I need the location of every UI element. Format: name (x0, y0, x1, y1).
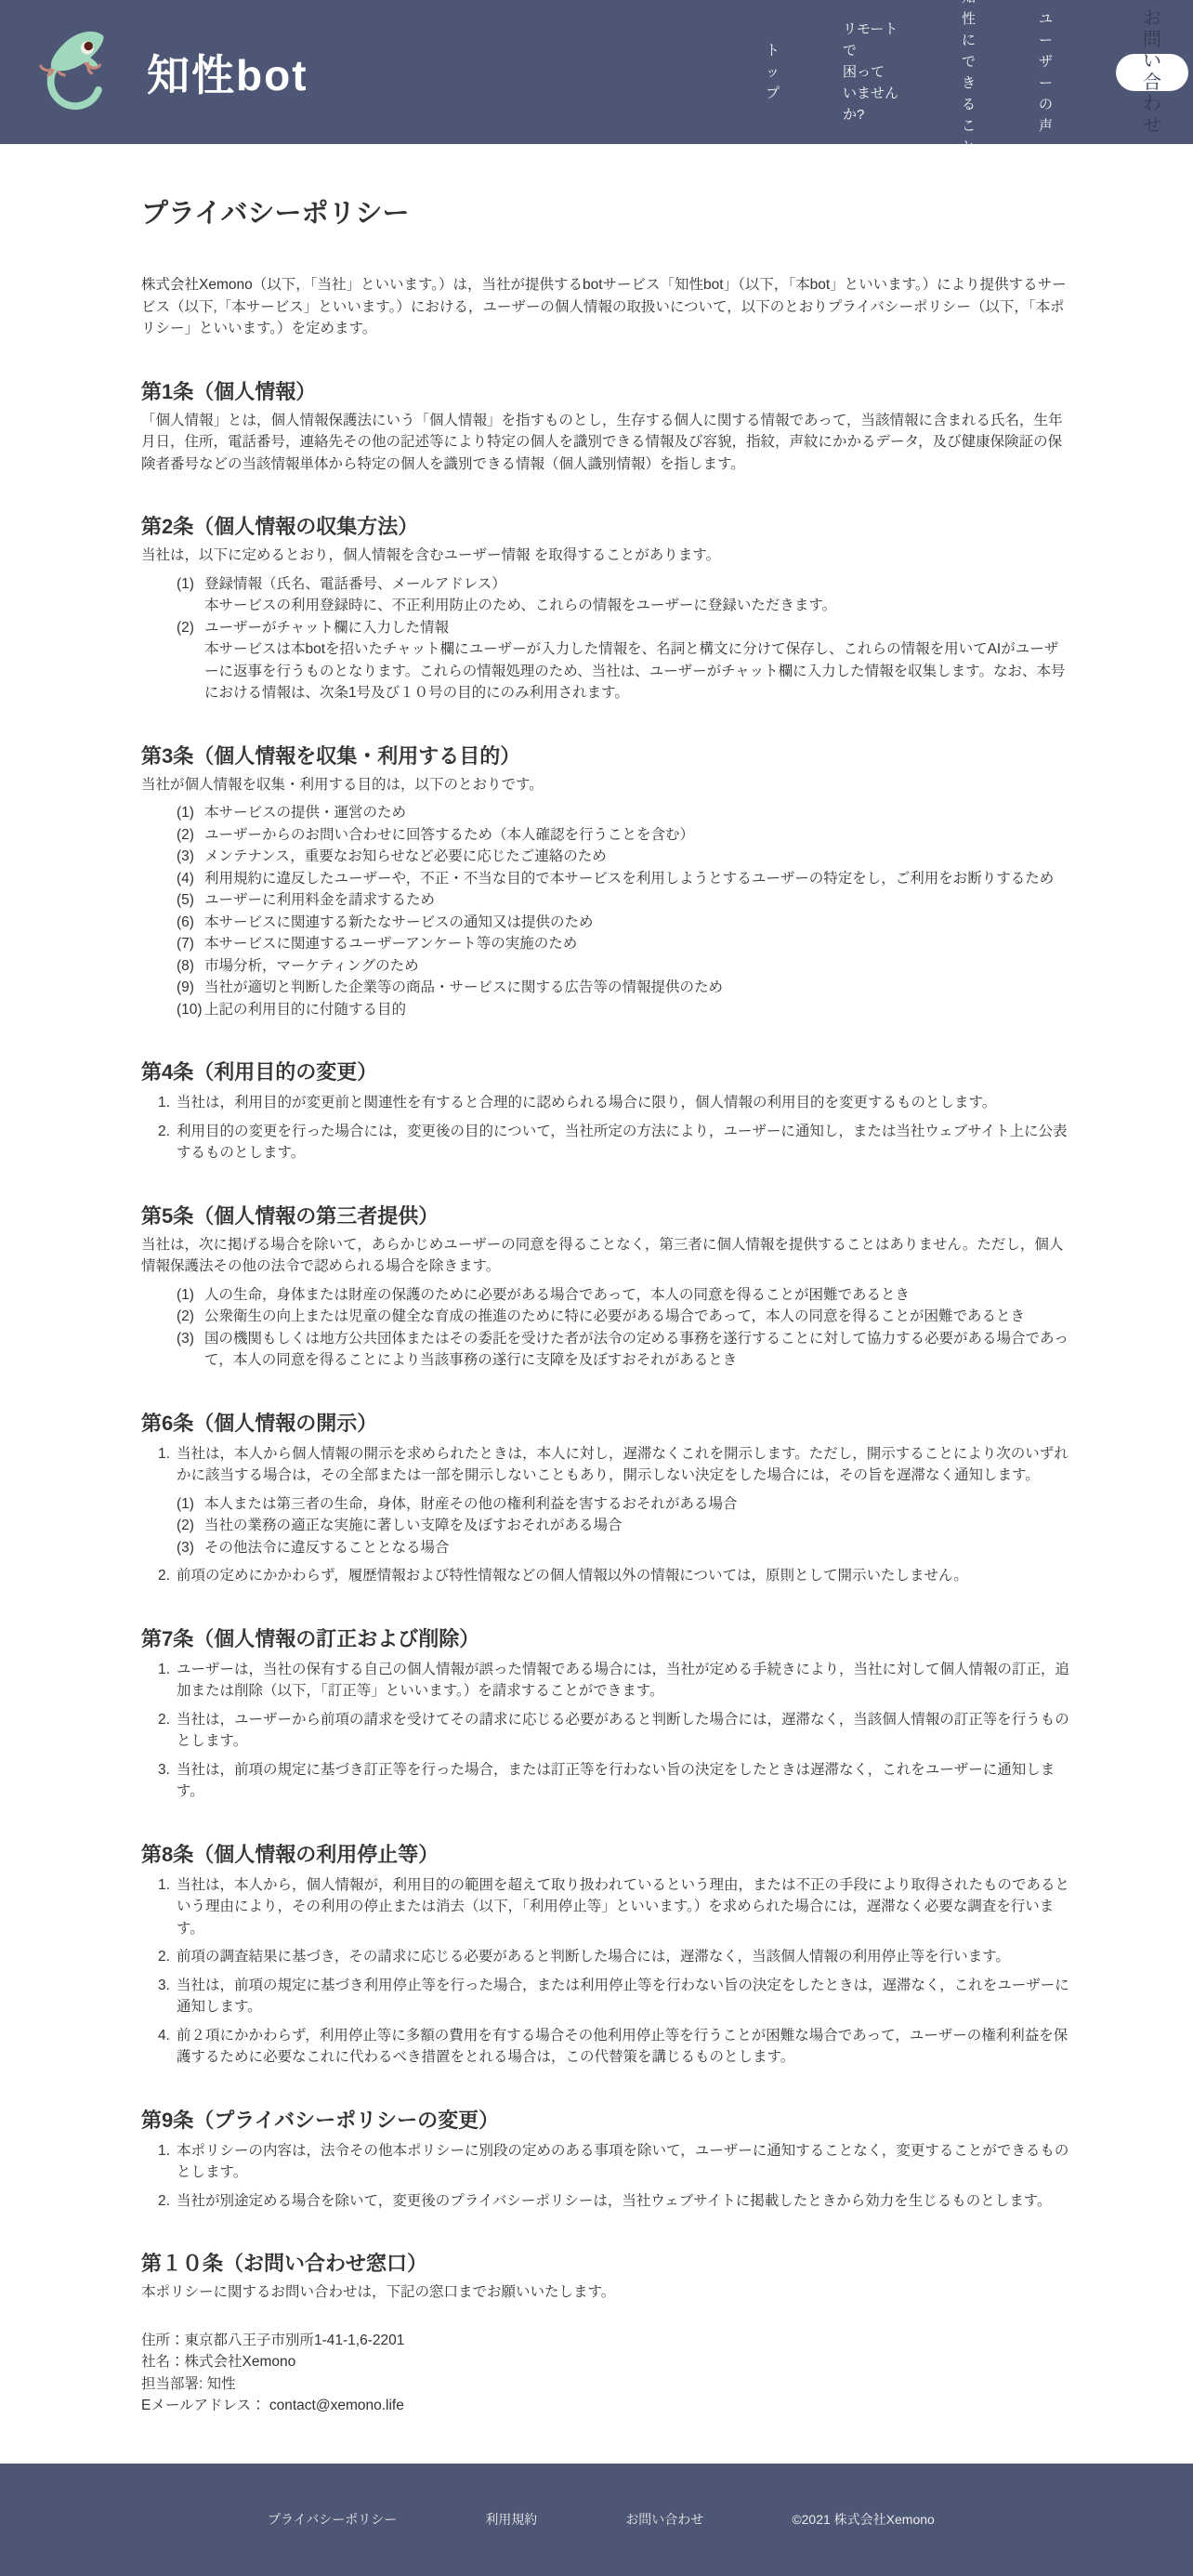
nav-label-line: わ (1143, 94, 1161, 115)
contact-info-block: 住所：東京都八王子市別所1-41-1,6-2201社名：株式会社Xemono担当… (141, 2330, 1070, 2417)
nav-item-contact[interactable]: お問い合わせ (1116, 54, 1188, 91)
list-item-marker: (5) (177, 889, 194, 912)
list-item: 2.利用目的の変更を行った場合には，変更後の目的について，当社所定の方法により，… (141, 1121, 1070, 1164)
gecko-eye (85, 42, 93, 50)
policy-section: 第6条（個人情報の開示）1.当社は，本人から個人情報の開示を求められたときは，本… (141, 1408, 1070, 1587)
list-item-text: 当社は，本人から，個人情報が，利用目的の範囲を超えて取り扱われているという理由，… (177, 1877, 1069, 1937)
contact-info-line: 社名：株式会社Xemono (141, 2351, 1070, 2373)
list-item-text: 本サービスの提供・運営のため (204, 802, 1070, 824)
nav-label-line: リモート (843, 19, 898, 40)
nav-label-line: ー (1039, 72, 1053, 94)
list-item-marker: 4. (158, 2025, 170, 2047)
list-item-marker: 1. (158, 2140, 170, 2162)
list-item-text: 公衆衛生の向上または児童の健全な育成の推進のために特に必要がある場合であって，本… (204, 1306, 1070, 1328)
section-heading: 第4条（利用目的の変更） (141, 1057, 1070, 1085)
list-item: (10)上記の利用目的に付随する目的 (141, 999, 1070, 1021)
list-item: (3)メンテナンス，重要なお知らせなど必要に応じたご連絡のため (141, 846, 1070, 868)
nav-label-line: プ (766, 83, 780, 104)
list-item: (2)ユーザーがチャット欄に入力した情報本サービスは本botを招いたチャット欄に… (141, 617, 1070, 704)
nav-label-line: お (1143, 8, 1161, 30)
nav-label-line: 問 (1143, 30, 1161, 51)
nav-item-label: リモートで困っていませんか? (843, 19, 898, 125)
nav-label-line: 性 (962, 8, 976, 30)
contact-info-line: Eメールアドレス： contact@xemono.life (141, 2395, 1070, 2417)
list-item-text: 上記の利用目的に付随する目的 (204, 999, 1070, 1021)
list-item: 2.前項の調査結果に基づき，その請求に応じる必要があると判断した場合には，遅滞な… (141, 1946, 1070, 1968)
list-item-text: 当社は，利用目的が変更前と関連性を有すると合理的に認められる場合に限り，個人情報… (177, 1095, 996, 1111)
list-item: (1)人の生命，身体または財産の保護のために必要がある場合であって，本人の同意を… (141, 1284, 1070, 1307)
list-item-marker: 1. (158, 1443, 170, 1465)
list-item-text: 利用規約に違反したユーザーや，不正・不当な目的で本サービスを利用しようとするユー… (204, 868, 1070, 890)
gecko-logo-image (32, 20, 123, 119)
list-item-marker: 1. (158, 1874, 170, 1897)
copyright: ©2021 株式会社Xemono (792, 2510, 935, 2529)
list-item-text: ユーザーからのお問い合わせに回答するため（本人確認を行うことを含む） (204, 824, 1070, 847)
policy-sections: 第1条（個人情報）「個人情報」とは，個人情報保護法にいう「個人情報」を指すものと… (141, 376, 1070, 2417)
paren-numbered-list: (1)人の生命，身体または財産の保護のために必要がある場合であって，本人の同意を… (141, 1284, 1070, 1372)
nav-label-line: か? (843, 104, 898, 125)
section-paragraph: 当社は，次に掲げる場合を除いて，あらかじめユーザーの同意を得ることなく，第三者に… (141, 1234, 1070, 1278)
list-item-text: 本サービスは本botを招いたチャット欄にユーザーが入力した情報を、名詞と構文に分… (204, 638, 1070, 704)
list-item-text: ユーザーがチャット欄に入力した情報 (204, 617, 1070, 639)
brand-title: 知性bot (147, 42, 308, 103)
footer-link-terms[interactable]: 利用規約 (485, 2510, 537, 2529)
list-item: (6)本サービスに関連する新たなサービスの通知又は提供のため (141, 912, 1070, 934)
list-item: (1)本人または第三者の生命，身体，財産その他の権利利益を害するおそれがある場合 (177, 1493, 1070, 1516)
decimal-numbered-list: 1.当社は，利用目的が変更前と関連性を有すると合理的に認められる場合に限り，個人… (141, 1092, 1070, 1164)
list-item-marker: 2. (158, 1565, 170, 1587)
list-item: 1.当社は，本人から個人情報の開示を求められたときは，本人に対し，遅滞なくこれを… (141, 1443, 1070, 1559)
list-item-text: 利用目的の変更を行った場合には，変更後の目的について，当社所定の方法により，ユー… (177, 1124, 1068, 1162)
paren-numbered-list: (1)本人または第三者の生命，身体，財産その他の権利利益を害するおそれがある場合… (177, 1493, 1070, 1559)
list-item-text: 前２項にかかわらず，利用停止等に多額の費用を有する場合その他利用停止等を行うこと… (177, 2028, 1068, 2066)
list-item-marker: (10) (177, 999, 203, 1021)
list-item-marker: (3) (177, 846, 194, 868)
list-item-text: 本ポリシーの内容は，法令その他本ポリシーに別段の定めのある事項を除いて，ユーザー… (177, 2143, 1068, 2181)
list-item-marker: (7) (177, 933, 194, 955)
nav-label-line: ッ (766, 61, 780, 83)
footer-link-contact[interactable]: お問い合わせ (625, 2510, 703, 2529)
nav-label-line: ザ (1039, 51, 1053, 72)
nav-label-line: い (1143, 51, 1161, 72)
list-item-marker: 2. (158, 1946, 170, 1968)
section-heading: 第9条（プライバシーポリシーの変更） (141, 2105, 1070, 2134)
decimal-numbered-list: 1.本ポリシーの内容は，法令その他本ポリシーに別段の定めのある事項を除いて，ユー… (141, 2140, 1070, 2213)
list-item-marker: (2) (177, 617, 194, 639)
list-item: (2)当社の業務の適正な実施に著しい支障を及ぼすおそれがある場合 (177, 1515, 1070, 1537)
list-item-text: 前項の定めにかかわらず，履歴情報および特性情報などの個人情報以外の情報については… (177, 1568, 968, 1584)
list-item: (3)その他法令に違反することとなる場合 (177, 1537, 1070, 1559)
list-item-marker: (3) (177, 1328, 194, 1350)
paren-numbered-list: (1)本サービスの提供・運営のため(2)ユーザーからのお問い合わせに回答するため… (141, 802, 1070, 1020)
list-item-marker: 3. (158, 1759, 170, 1781)
nav-label-line: と (962, 137, 976, 145)
decimal-numbered-list: 1.当社は，本人から，個人情報が，利用目的の範囲を超えて取り扱われているという理… (141, 1874, 1070, 2069)
list-item-text: 本サービスの利用登録時に、不正利用防止のため、これらの情報をユーザーに登録いただ… (204, 595, 1070, 617)
section-heading: 第1条（個人情報） (141, 376, 1070, 405)
list-item: (5)ユーザーに利用料金を請求するため (141, 889, 1070, 912)
nav-item-what-chisei-can-do[interactable]: 知性にできること (962, 0, 976, 144)
list-item-text: 前項の調査結果に基づき，その請求に応じる必要があると判断した場合には，遅滞なく，… (177, 1949, 1010, 1965)
list-item-marker: (4) (177, 868, 194, 890)
section-heading: 第8条（個人情報の利用停止等） (141, 1839, 1070, 1868)
page-title: プライバシーポリシー (141, 192, 1070, 230)
main-content: プライバシーポリシー 株式会社Xemono（以下，「当社」といいます。）は，当社… (141, 192, 1070, 2417)
nav-item-label: トップ (766, 40, 780, 104)
nav-label-line: ー (1039, 30, 1053, 51)
list-item: (8)市場分析，マーケティングのため (141, 955, 1070, 978)
contact-info-line: 住所：東京都八王子市別所1-41-1,6-2201 (141, 2330, 1070, 2352)
list-item-text: メンテナンス，重要なお知らせなど必要に応じたご連絡のため (204, 846, 1070, 868)
policy-section: 第１０条（お問い合わせ窓口）本ポリシーに関するお問い合わせは，下記の窓口までお願… (141, 2248, 1070, 2417)
nav-item-user-voices[interactable]: ユーザーの声 (1039, 8, 1053, 137)
decimal-numbered-list: 1.ユーザーは，当社の保有する自己の個人情報が誤った情報である場合には，当社が定… (141, 1659, 1070, 1803)
nav-label-line: いません (843, 83, 898, 104)
nav-label-line: 知 (962, 0, 976, 8)
list-item-marker: 2. (158, 1121, 170, 1143)
list-item-marker: (3) (177, 1537, 194, 1559)
policy-section: 第2条（個人情報の収集方法）当社は，以下に定めるとおり，個人情報を含むユーザー情… (141, 511, 1070, 704)
list-item: 3.当社は，前項の規定に基づき訂正等を行った場合，または訂正等を行わない旨の決定… (141, 1759, 1070, 1803)
section-heading: 第3条（個人情報を収集・利用する目的） (141, 741, 1070, 769)
nav-label-line: で (962, 51, 976, 72)
list-item-text: 当社は，ユーザーから前項の請求を受けてその請求に応じる必要があると判断した場合に… (177, 1712, 1069, 1750)
nav-item-label: 知性にできること (962, 0, 976, 144)
list-item-text: 当社が適切と判断した企業等の商品・サービスに関する広告等の情報提供のため (204, 977, 1070, 999)
list-item-text: 国の機関もしくは地方公共団体またはその委託を受けた者が法令の定める事務を遂行する… (204, 1328, 1070, 1372)
list-item: (1)本サービスの提供・運営のため (141, 802, 1070, 824)
list-item-text: ユーザーに利用料金を請求するため (204, 889, 1070, 912)
list-item-text: ユーザーは，当社の保有する自己の個人情報が誤った情報である場合には，当社が定める… (177, 1662, 1069, 1700)
site-header: 知性bot トップリモートで困っていませんか?知性にできることユーザーの声お問い… (0, 0, 1193, 144)
list-item-marker: (2) (177, 1515, 194, 1537)
list-item-text: その他法令に違反することとなる場合 (204, 1537, 1070, 1559)
list-item: (2)公衆衛生の向上または児童の健全な育成の推進のために特に必要がある場合であっ… (141, 1306, 1070, 1328)
nav-label-line: ユ (1039, 8, 1053, 30)
list-item-marker: (1) (177, 573, 194, 596)
list-item: (4)利用規約に違反したユーザーや，不正・不当な目的で本サービスを利用しようとす… (141, 868, 1070, 890)
intro-paragraph: 株式会社Xemono（以下，「当社」といいます。）は，当社が提供するbotサービ… (141, 274, 1070, 340)
list-item-text: 当社は，前項の規定に基づき利用停止等を行った場合，または利用停止等を行わない旨の… (177, 1978, 1069, 2016)
list-item-marker: (6) (177, 912, 194, 934)
list-item: (7)本サービスに関連するユーザーアンケート等の実施のため (141, 933, 1070, 955)
section-paragraph: 「個人情報」とは，個人情報保護法にいう「個人情報」を指すものとし，生存する個人に… (141, 410, 1070, 476)
section-paragraph: 本ポリシーに関するお問い合わせは，下記の窓口までお願いいたします。 (141, 2281, 1070, 2304)
policy-section: 第5条（個人情報の第三者提供）当社は，次に掲げる場合を除いて，あらかじめユーザー… (141, 1201, 1070, 1372)
list-item-text: 当社は，前項の規定に基づき訂正等を行った場合，または訂正等を行わない旨の決定をし… (177, 1762, 1055, 1800)
list-item: 1.本ポリシーの内容は，法令その他本ポリシーに別段の定めのある事項を除いて，ユー… (141, 2140, 1070, 2184)
nav-label-line: に (962, 30, 976, 51)
list-item: 1.当社は，本人から，個人情報が，利用目的の範囲を超えて取り扱われているという理… (141, 1874, 1070, 1940)
list-item: (3)国の機関もしくは地方公共団体またはその委託を受けた者が法令の定める事務を遂… (141, 1328, 1070, 1372)
nav-item-remote[interactable]: リモートで困っていませんか? (843, 19, 898, 125)
list-item: (2)ユーザーからのお問い合わせに回答するため（本人確認を行うことを含む） (141, 824, 1070, 847)
list-item-text: 当社が別途定める場合を除いて，変更後のプライバシーポリシーは，当社ウェブサイトに… (177, 2193, 1051, 2209)
list-item: 3.当社は，前項の規定に基づき利用停止等を行った場合，または利用停止等を行わない… (141, 1975, 1070, 2018)
list-item: 1.ユーザーは，当社の保有する自己の個人情報が誤った情報である場合には，当社が定… (141, 1659, 1070, 1702)
nav-label-line: 困って (843, 61, 898, 83)
list-item-marker: (1) (177, 1284, 194, 1307)
nav-label-line: こ (962, 115, 976, 137)
nav-item-label: お問い合わせ (1143, 8, 1161, 137)
footer-link-privacy-policy[interactable]: プライバシーポリシー (268, 2510, 397, 2529)
list-item-text: 本サービスに関連する新たなサービスの通知又は提供のため (204, 912, 1070, 934)
nav-label-line: る (962, 94, 976, 115)
list-item: 4.前２項にかかわらず，利用停止等に多額の費用を有する場合その他利用停止等を行う… (141, 2025, 1070, 2069)
nav-label-line: の (1039, 94, 1053, 115)
section-heading: 第5条（個人情報の第三者提供） (141, 1201, 1070, 1229)
policy-section: 第1条（個人情報）「個人情報」とは，個人情報保護法にいう「個人情報」を指すものと… (141, 376, 1070, 476)
list-item-marker: 2. (158, 1709, 170, 1731)
nav-item-top[interactable]: トップ (766, 40, 780, 104)
nav-item-label: ユーザーの声 (1039, 8, 1053, 137)
policy-section: 第8条（個人情報の利用停止等）1.当社は，本人から，個人情報が，利用目的の範囲を… (141, 1839, 1070, 2069)
policy-section: 第4条（利用目的の変更）1.当社は，利用目的が変更前と関連性を有すると合理的に認… (141, 1057, 1070, 1164)
list-item-marker: (2) (177, 1306, 194, 1328)
policy-section: 第9条（プライバシーポリシーの変更）1.本ポリシーの内容は，法令その他本ポリシー… (141, 2105, 1070, 2213)
section-paragraph: 当社は，以下に定めるとおり，個人情報を含むユーザー情報 を取得することがあります… (141, 545, 1070, 567)
list-item-text: 当社の業務の適正な実施に著しい支障を及ぼすおそれがある場合 (204, 1515, 1070, 1537)
list-item-marker: (1) (177, 1493, 194, 1516)
section-heading: 第7条（個人情報の訂正および削除） (141, 1623, 1070, 1652)
list-item-text: 本サービスに関連するユーザーアンケート等の実施のため (204, 933, 1070, 955)
policy-section: 第3条（個人情報を収集・利用する目的）当社が個人情報を収集・利用する目的は，以下… (141, 741, 1070, 1021)
list-item-marker: (8) (177, 955, 194, 978)
section-heading: 第2条（個人情報の収集方法） (141, 511, 1070, 540)
list-item-marker: (2) (177, 824, 194, 847)
list-item-text: 登録情報（氏名、電話番号、メールアドレス） (204, 573, 1070, 596)
nav-label-line: ト (766, 40, 780, 61)
list-item-marker: 3. (158, 1975, 170, 1997)
list-item-text: 本人または第三者の生命，身体，財産その他の権利利益を害するおそれがある場合 (204, 1493, 1070, 1516)
section-heading: 第6条（個人情報の開示） (141, 1408, 1070, 1437)
policy-section: 第7条（個人情報の訂正および削除）1.ユーザーは，当社の保有する自己の個人情報が… (141, 1623, 1070, 1803)
nav-label-line: 合 (1143, 72, 1161, 94)
gecko-logo[interactable] (32, 20, 123, 124)
list-item-text: 人の生命，身体または財産の保護のために必要がある場合であって，本人の同意を得るこ… (204, 1284, 1070, 1307)
paren-numbered-list: (1)登録情報（氏名、電話番号、メールアドレス）本サービスの利用登録時に、不正利… (141, 573, 1070, 704)
nav-label-line: 声 (1039, 115, 1053, 137)
list-item: 2.当社が別途定める場合を除いて，変更後のプライバシーポリシーは，当社ウェブサイ… (141, 2190, 1070, 2213)
decimal-numbered-list: 1.当社は，本人から個人情報の開示を求められたときは，本人に対し，遅滞なくこれを… (141, 1443, 1070, 1587)
list-item: 2.前項の定めにかかわらず，履歴情報および特性情報などの個人情報以外の情報につい… (141, 1565, 1070, 1587)
nav-label-line: き (962, 72, 976, 94)
nav-label-line: で (843, 40, 898, 61)
section-heading: 第１０条（お問い合わせ窓口） (141, 2248, 1070, 2277)
list-item-text: 市場分析，マーケティングのため (204, 955, 1070, 978)
nav-label-line: せ (1143, 115, 1161, 137)
main-nav: トップリモートで困っていませんか?知性にできることユーザーの声お問い合わせ (766, 0, 1193, 144)
list-item: 2.当社は，ユーザーから前項の請求を受けてその請求に応じる必要があると判断した場… (141, 1709, 1070, 1753)
list-item-marker: (9) (177, 977, 194, 999)
list-item-marker: (1) (177, 802, 194, 824)
contact-info-line: 担当部署: 知性 (141, 2373, 1070, 2396)
list-item-marker: 1. (158, 1092, 170, 1114)
site-footer: プライバシーポリシー利用規約お問い合わせ©2021 株式会社Xemono (0, 2464, 1193, 2576)
list-item-marker: 1. (158, 1659, 170, 1681)
list-item: 1.当社は，利用目的が変更前と関連性を有すると合理的に認められる場合に限り，個人… (141, 1092, 1070, 1114)
list-item-marker: 2. (158, 2190, 170, 2213)
list-item-text: 当社は，本人から個人情報の開示を求められたときは，本人に対し，遅滞なくこれを開示… (177, 1446, 1068, 1484)
list-item: (9)当社が適切と判断した企業等の商品・サービスに関する広告等の情報提供のため (141, 977, 1070, 999)
list-item: (1)登録情報（氏名、電話番号、メールアドレス）本サービスの利用登録時に、不正利… (141, 573, 1070, 617)
section-paragraph: 当社が個人情報を収集・利用する目的は，以下のとおりです。 (141, 774, 1070, 796)
